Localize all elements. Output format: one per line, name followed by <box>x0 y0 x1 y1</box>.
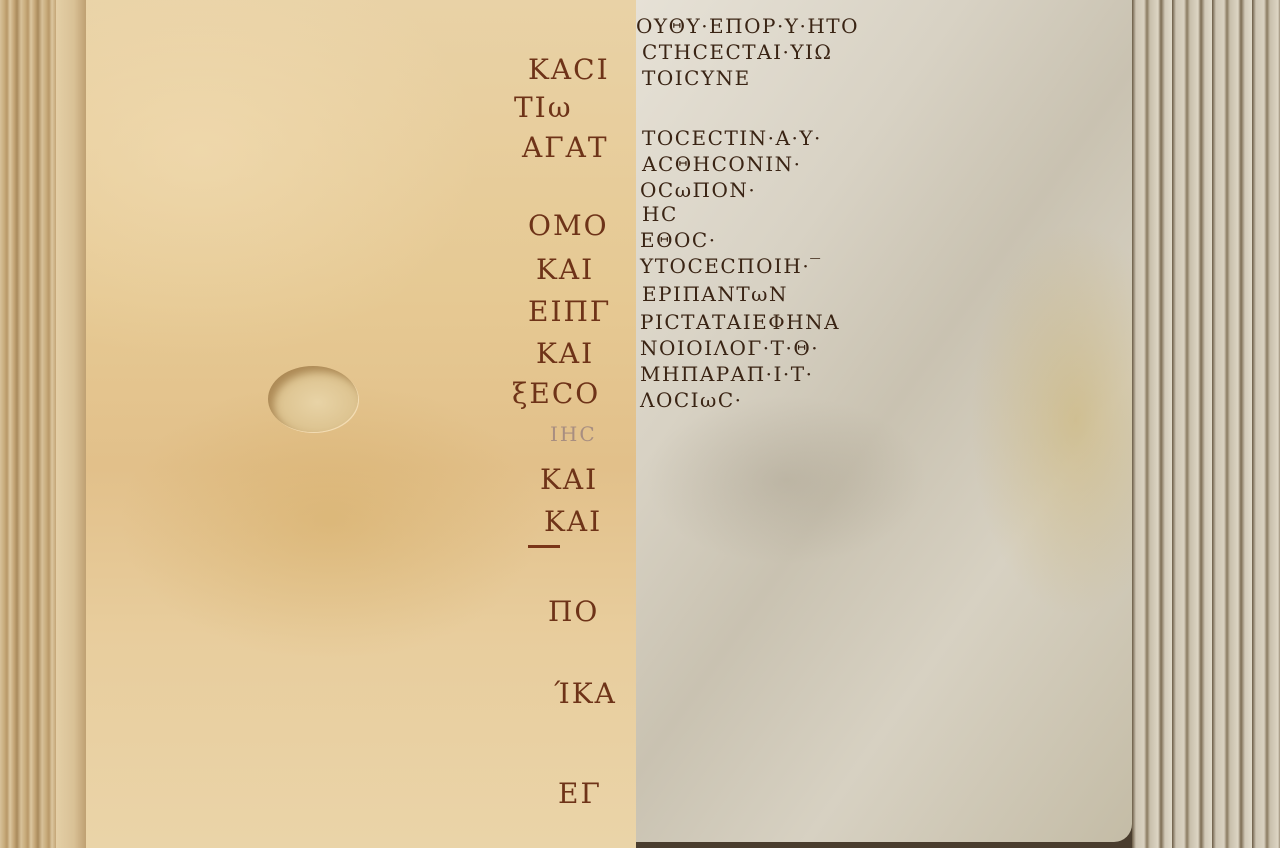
right-line: ΑCΘΗCΟΝΙΝ· <box>642 154 802 174</box>
right-line: ΜΗΠΑΡΑΠ·Ι·Τ· <box>640 364 813 384</box>
left-line: ΚΑΙ <box>536 340 594 368</box>
right-line: ΕΘΟC· <box>640 230 717 250</box>
left-line-faint: ΙΗϹ <box>550 424 597 444</box>
right-photo-half: ΟΥΘΥ·ΕΠΟΡ·Υ·ΗΤΟ CΤΗCΕCΤΑΙ·ΥΙΩ ΤΟΙCΥΝΕ ΤΟ… <box>636 0 1280 848</box>
left-line: ΚΑΙ <box>544 508 602 536</box>
right-page-stack <box>1132 0 1280 848</box>
right-line: ΝΟΙΟΙΛΟΓ·Τ·Θ· <box>640 338 819 358</box>
left-line: ξΕϹΟ <box>512 380 600 408</box>
paragraph-mark <box>528 545 560 548</box>
left-line: ΚΑCΙ <box>528 56 610 84</box>
right-line: ΗC <box>642 204 678 224</box>
right-parchment-page: ΟΥΘΥ·ΕΠΟΡ·Υ·ΗΤΟ CΤΗCΕCΤΑΙ·ΥΙΩ ΤΟΙCΥΝΕ ΤΟ… <box>636 0 1132 842</box>
left-line: ΕΓ <box>558 780 602 808</box>
right-line: ΤΟCΕCΤΙΝ·Α·Υ· <box>642 128 822 148</box>
right-line: ΛΟCΙωC· <box>640 390 743 410</box>
right-line: ΡΙCΤΑΤΑΙΕΦΗΝΑ <box>640 312 840 332</box>
right-line: ΟΥΘΥ·ΕΠΟΡ·Υ·ΗΤΟ <box>636 16 859 36</box>
left-page-edge <box>56 0 86 848</box>
right-line: ΥΤΟCΕCΠΟΙΗ·‾ <box>640 256 822 276</box>
right-line: ΤΟΙCΥΝΕ <box>642 68 751 88</box>
parchment-hole <box>268 366 358 432</box>
left-line: ΠΟ <box>548 598 599 626</box>
right-line: ΟCωΠΟΝ· <box>640 180 756 200</box>
right-line: ΕΡΙΠΑΝΤωΝ <box>642 284 788 304</box>
left-line: ΚΑΙ <box>540 466 598 494</box>
left-line: ΤΙω <box>514 94 573 122</box>
left-line: ΊΚΑ <box>554 680 617 708</box>
left-line: ΑΓΑΤ <box>522 134 609 162</box>
left-line: ΚΑΙ <box>536 256 594 284</box>
left-photo-half: ΚΑCΙ ΤΙω ΑΓΑΤ ΟΜΟ ΚΑΙ ΕΙΠΓ ΚΑΙ ξΕϹΟ ΙΗϹ … <box>0 0 636 848</box>
left-line: ΟΜΟ <box>528 212 609 240</box>
right-line: CΤΗCΕCΤΑΙ·ΥΙΩ <box>642 42 833 62</box>
left-line: ΕΙΠΓ <box>528 298 611 326</box>
